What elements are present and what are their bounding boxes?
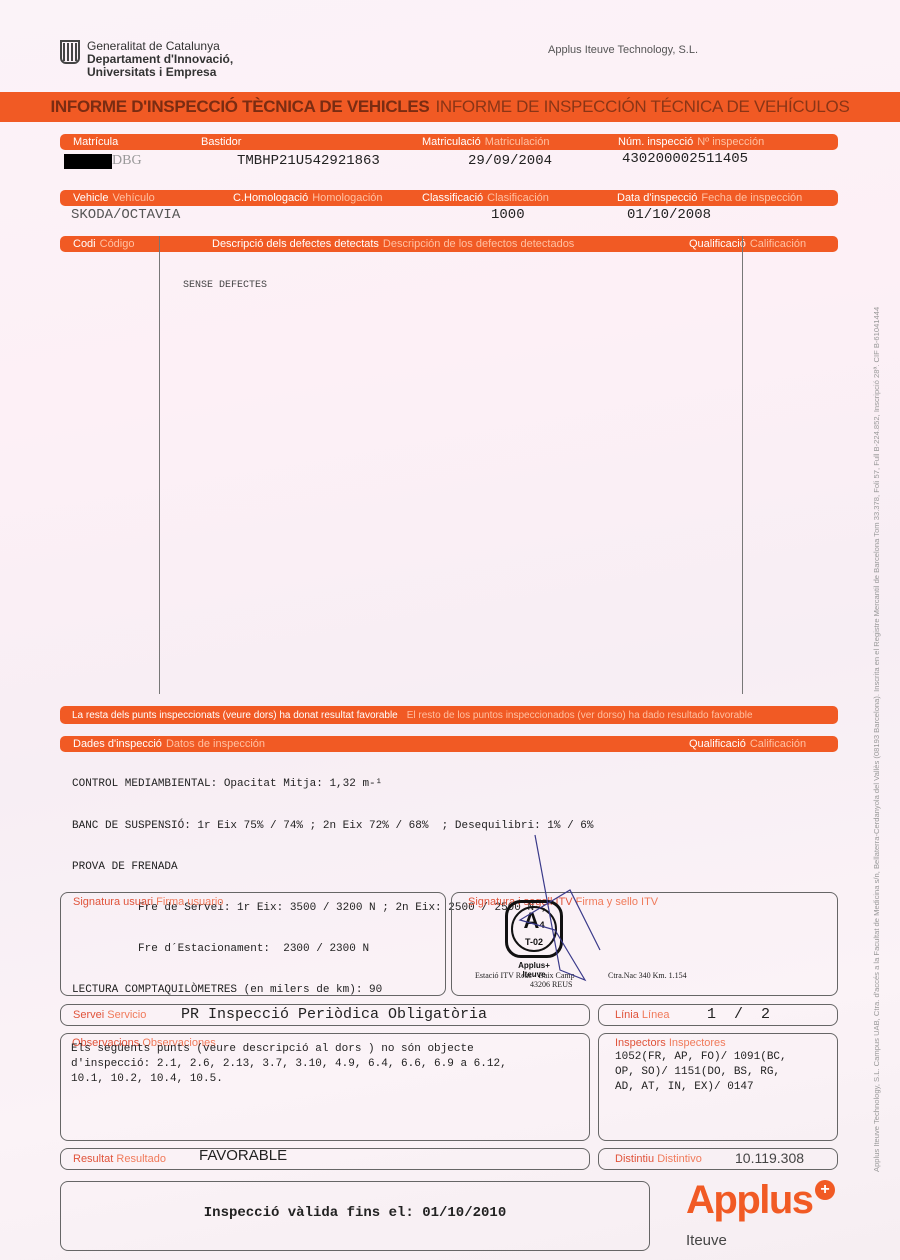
result-value: FAVORABLE [199,1147,287,1164]
inspection-rating-label: QualificacióCalificación [689,736,806,752]
chassis-value: TMBHP21U542921863 [237,153,380,169]
inspectors-label: Inspectors Inspectores [615,1037,726,1049]
inspection-line: CONTROL MEDIAMBIENTAL: Opacitat Mitja: 1… [72,778,594,792]
defect-description: SENSE DEFECTES [183,280,267,291]
registration-date-value: 29/09/2004 [468,153,552,169]
vehicle-label: VehicleVehículo [73,190,155,206]
registration-label: MatriculacióMatriculación [422,134,550,150]
inspection-number-value: 430200002511405 [622,151,748,167]
plate-label: Matrícula [73,134,118,150]
inspection-number-label: Núm. inspeccióNº inspección [618,134,764,150]
report-title-ca: INFORME D'INSPECCIÓ TÈCNICA DE VEHICLES [50,97,429,117]
badge-value: 10.119.308 [735,1150,804,1166]
chassis-label: Bastidor [201,134,241,150]
badge-label: Distintiu Distintivo [615,1153,702,1165]
generalitat-logo-icon [60,40,80,64]
issuer-line-3: Universitats i Empresa [87,66,233,79]
applus-iteuve-subtitle: Iteuve [686,1232,727,1249]
validity-text: Inspecció vàlida fins el: 01/10/2010 [61,1205,649,1221]
result-box: Resultat Resultado FAVORABLE [60,1148,590,1170]
result-label: Resultat Resultado [73,1153,166,1165]
inspectors-box: Inspectors Inspectores 1052(FR, AP, FO)/… [598,1033,838,1141]
side-legal-text: Applus Iteuve Technology, S.L. Campus UA… [872,307,881,1172]
vehicle-value: SKODA/OCTAVIA [71,207,180,223]
inspectors-text: 1052(FR, AP, FO)/ 1091(BC, OP, SO)/ 1151… [615,1050,787,1095]
service-box: Servei Servicio PR Inspecció Periòdica O… [60,1004,590,1026]
validity-box: Inspecció vàlida fins el: 01/10/2010 [60,1181,650,1251]
classification-value: 1000 [491,207,525,223]
homologation-label: C.HomologacióHomologación [233,190,383,206]
line-box: Línia Línea 1 / 2 [598,1004,838,1026]
company-name: Applus Iteuve Technology, S.L. [548,44,698,56]
applus-logo: Applus [686,1178,813,1223]
service-value: PR Inspecció Periòdica Obligatòria [181,1006,487,1023]
remaining-points-ca: La resta dels punts inspeccionats (veure… [72,710,398,721]
observations-box: Observacions Observaciones Els següents … [60,1033,590,1141]
redacted-plate [64,154,112,169]
remaining-points-es: El resto de los puntos inspeccionados (v… [407,710,753,721]
observations-text: Els següents punts (veure descripció al … [71,1042,507,1087]
vehicle-details-header-bar: VehicleVehículo C.HomologacióHomologació… [60,190,838,206]
vehicle-id-header-bar: Matrícula Bastidor MatriculacióMatricula… [60,134,838,150]
plate-value: DBG [112,153,142,169]
handwritten-signature-icon [500,830,620,990]
inspection-data-label: Dades d'inspeccióDatos de inspección [73,736,265,752]
inspection-date-label: Data d'inspeccióFecha de inspección [617,190,802,206]
remaining-points-bar: La resta dels punts inspeccionats (veure… [60,706,838,724]
classification-label: ClassificacióClasificación [422,190,549,206]
report-title: INFORME D'INSPECCIÓ TÈCNICA DE VEHICLES … [0,92,900,122]
user-signature-label: Signatura usuari Firma usuario [73,896,223,908]
badge-box: Distintiu Distintivo 10.119.308 [598,1148,838,1170]
line-value: 1 / 2 [707,1006,770,1023]
inspection-date-value: 01/10/2008 [627,207,711,223]
inspection-data-header-bar: Dades d'inspeccióDatos de inspección Qua… [60,736,838,752]
user-signature-box: Signatura usuari Firma usuario [60,892,446,996]
line-label: Línia Línea [615,1009,669,1021]
report-title-es: INFORME DE INSPECCIÓN TÉCNICA DE VEHÍCUL… [435,97,849,117]
service-label: Servei Servicio [73,1009,146,1021]
applus-plus-icon: + [815,1180,835,1200]
defects-table: SENSE DEFECTES [60,236,838,694]
issuer-block: Generalitat de Catalunya Departament d'I… [87,40,233,79]
